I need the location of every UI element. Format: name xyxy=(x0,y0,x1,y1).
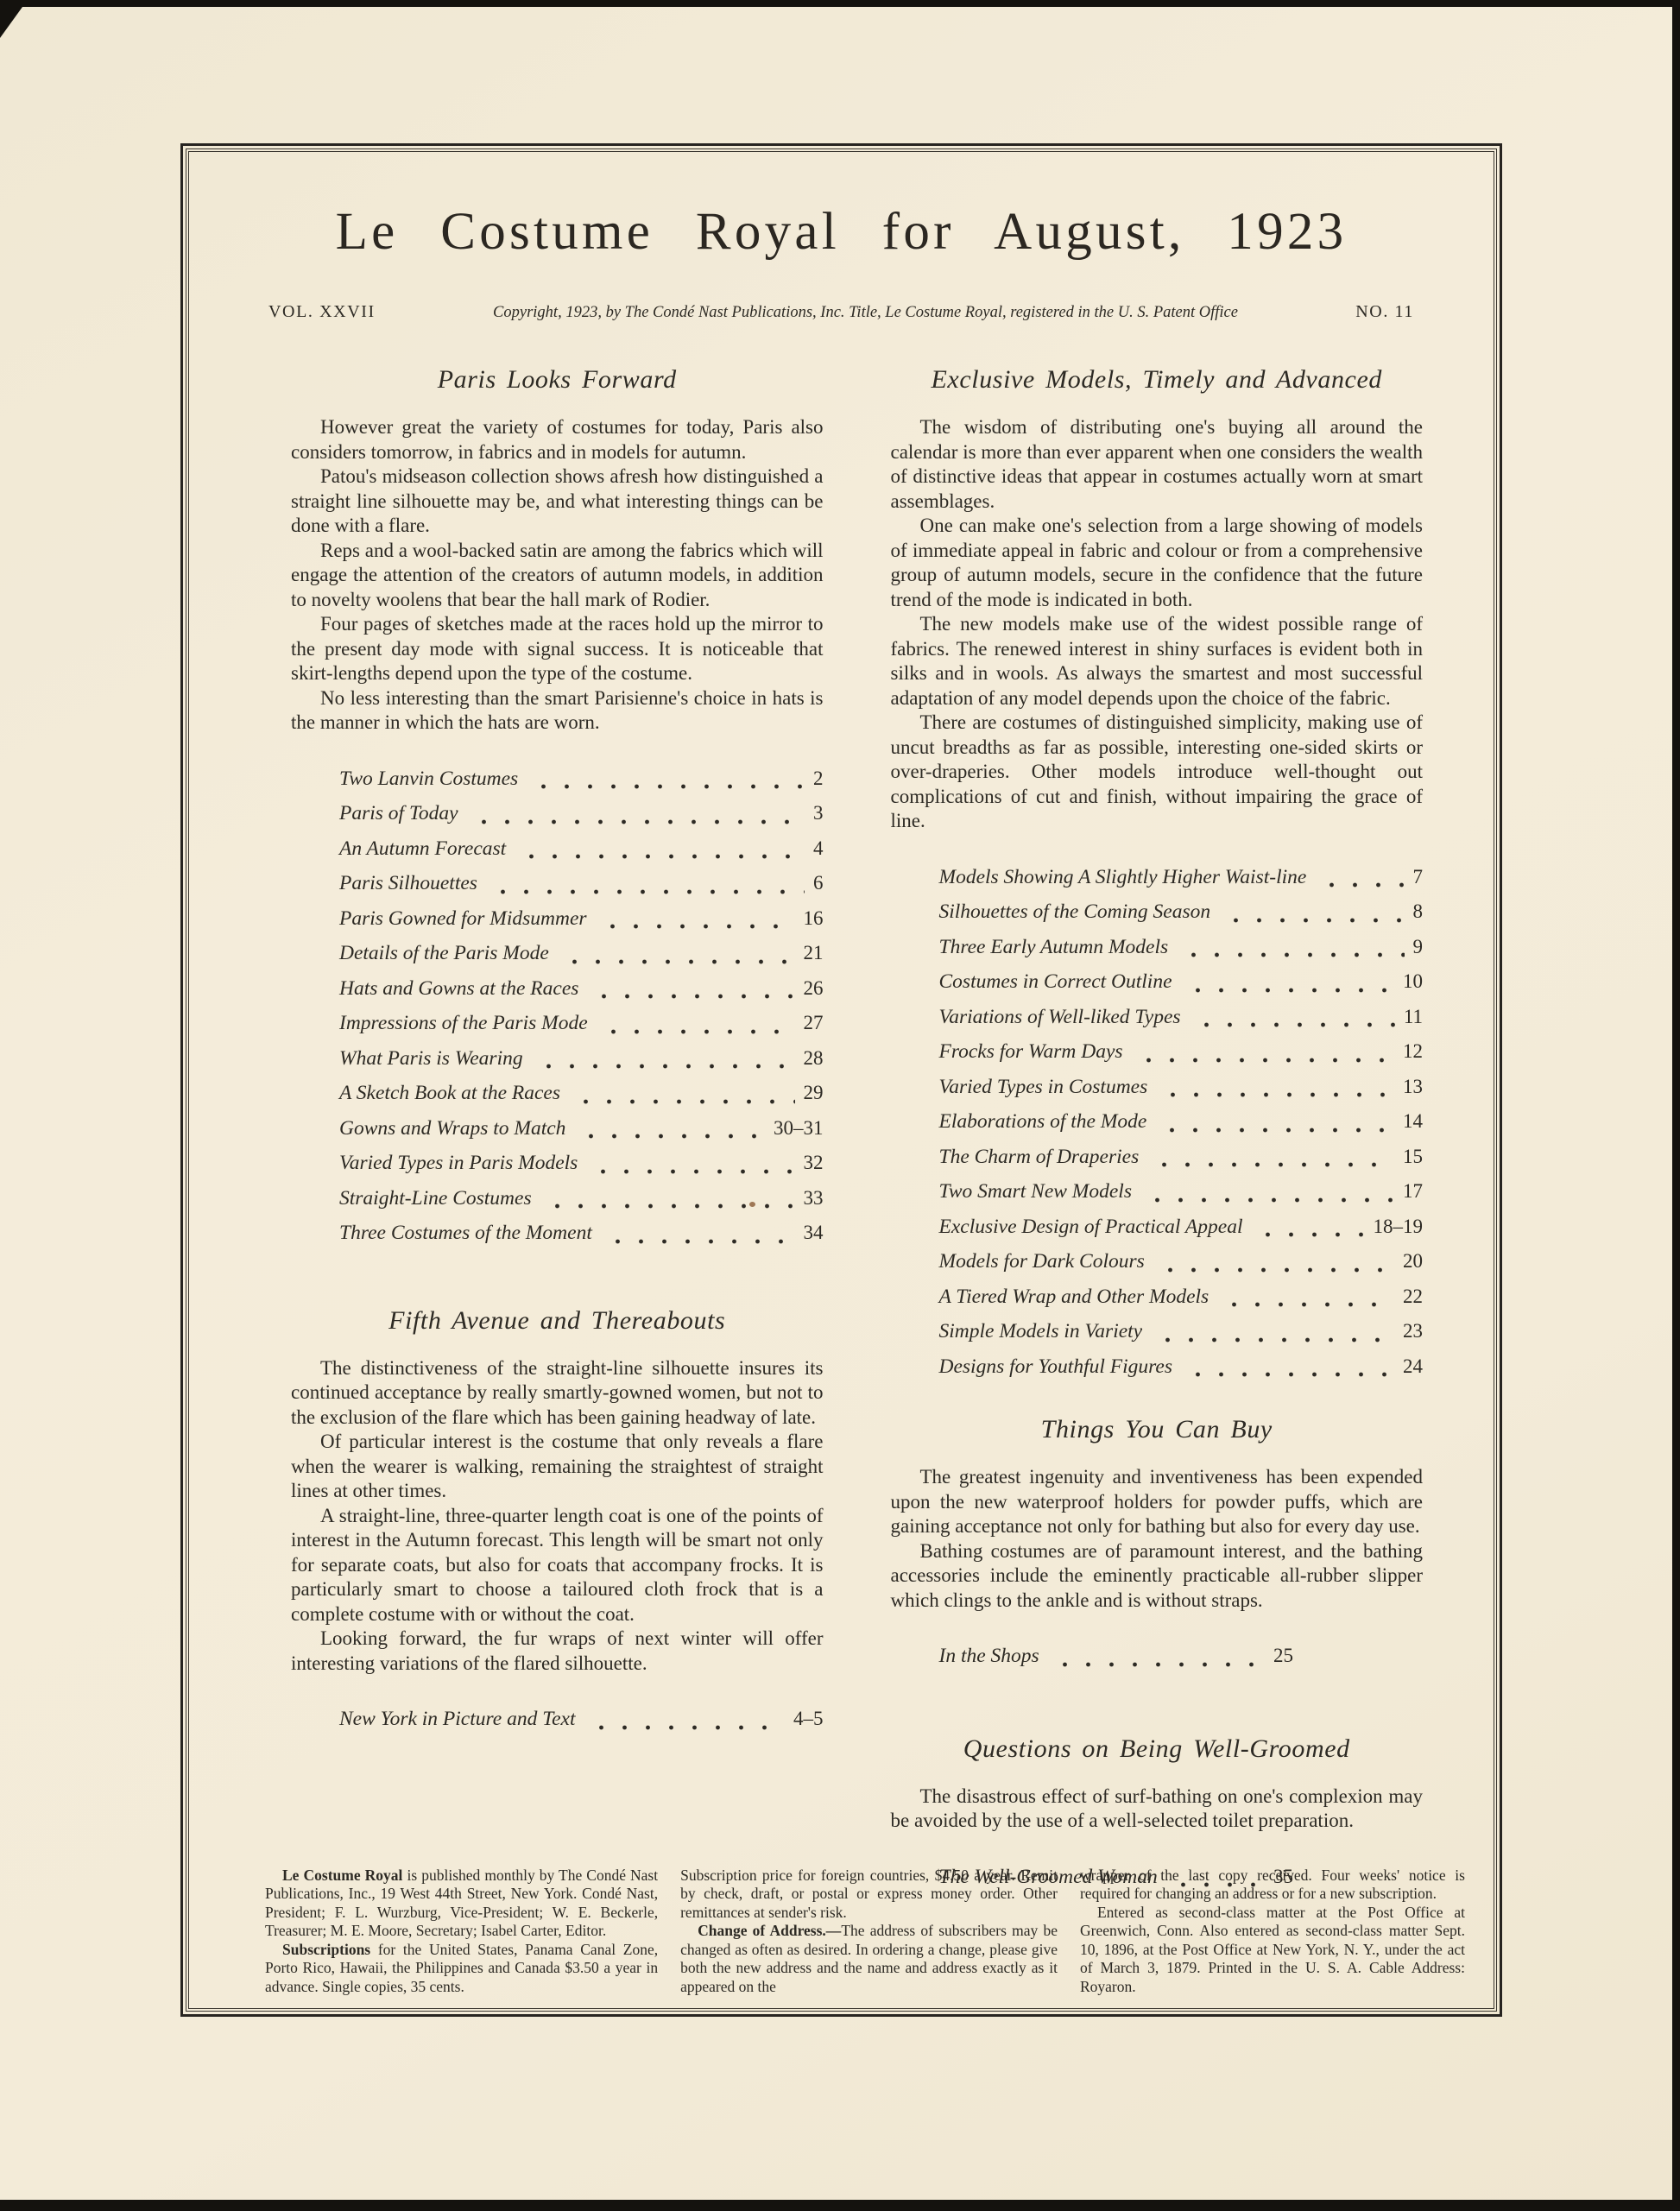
fineprint-paragraph: Entered as second-class matter at the Po… xyxy=(1080,1904,1465,1997)
toc-entry-title: Hats and Gowns at the Races xyxy=(339,971,578,1007)
fineprint-paragraph: Le Costume Royal is published monthly by… xyxy=(265,1867,658,1941)
ornamental-border-inner: Le Costume Royal for August, 1923 VOL. X… xyxy=(186,148,1497,2012)
toc-entry-title: Three Costumes of the Moment xyxy=(339,1216,592,1251)
toc-entry: Straight-Line Costumes33 xyxy=(339,1181,824,1216)
toc-entry-page: 16 xyxy=(804,901,824,937)
toc-entry: New York in Picture and Text4–5 xyxy=(339,1702,824,1737)
paragraph: The new models make use of the widest po… xyxy=(891,612,1424,711)
fineprint-paragraph: Subscriptions for the United States, Pan… xyxy=(265,1941,658,1997)
toc-entry-page: 22 xyxy=(1403,1279,1423,1315)
dot-leader xyxy=(518,831,805,867)
two-column-layout: Paris Looks Forward However great the va… xyxy=(189,365,1494,1894)
dot-leader xyxy=(588,1702,785,1737)
toc-entry-title: Variations of Well-liked Types xyxy=(939,1000,1181,1035)
toc-entry: What Paris is Wearing28 xyxy=(339,1041,824,1077)
toc-entry-title: A Tiered Wrap and Other Models xyxy=(939,1279,1209,1315)
dot-leader xyxy=(590,1146,794,1181)
toc-entry-page: 14 xyxy=(1403,1104,1423,1140)
toc-entry-title: Impressions of the Paris Mode xyxy=(339,1006,588,1041)
dot-leader xyxy=(1184,964,1394,1000)
paragraph: Patou's midseason collection shows afres… xyxy=(291,464,824,539)
toc-entry-title: Straight-Line Costumes xyxy=(339,1181,532,1216)
toc-entry-page: 9 xyxy=(1413,930,1424,965)
toc-entry-title: Varied Types in Paris Models xyxy=(339,1146,578,1181)
dot-leader xyxy=(1193,1000,1395,1035)
fineprint-paragraph: Change of Address.—The address of subscr… xyxy=(680,1922,1058,1996)
toc-entry-title: Silhouettes of the Coming Season xyxy=(939,894,1211,930)
toc-list-things: In the Shops25 xyxy=(939,1639,1294,1674)
dot-leader xyxy=(1159,1070,1394,1105)
fine-print-column-3: wrapper of the last copy received. Four … xyxy=(1080,1867,1465,1997)
scan-edge-shadow xyxy=(0,7,22,38)
toc-entry: Hats and Gowns at the Races26 xyxy=(339,971,824,1007)
fine-print-column-1: Le Costume Royal is published monthly by… xyxy=(265,1867,658,1997)
toc-entry-title: Two Smart New Models xyxy=(939,1174,1132,1210)
toc-entry-page: 34 xyxy=(804,1216,824,1251)
fineprint-lead: Change of Address.— xyxy=(698,1922,841,1939)
paragraph: The wisdom of distributing one's buying … xyxy=(891,415,1424,514)
dot-leader xyxy=(1180,930,1404,965)
left-column: Paris Looks Forward However great the va… xyxy=(291,365,824,1894)
toc-entry-title: Frocks for Warm Days xyxy=(939,1034,1123,1070)
dot-leader xyxy=(1157,1244,1394,1279)
toc-entry-title: Elaborations of the Mode xyxy=(939,1104,1147,1140)
page-title: Le Costume Royal for August, 1923 xyxy=(206,202,1476,262)
toc-entry-page: 26 xyxy=(804,971,824,1007)
toc-entry-page: 17 xyxy=(1403,1174,1423,1210)
dot-leader xyxy=(578,1111,765,1147)
paragraph: The disastrous effect of surf-bathing on… xyxy=(891,1785,1424,1834)
fineprint-text: wrapper of the last copy received. Four … xyxy=(1080,1867,1465,1903)
dot-leader xyxy=(1151,1140,1394,1175)
toc-entry: Two Smart New Models17 xyxy=(939,1174,1424,1210)
toc-entry-title: Paris of Today xyxy=(339,796,458,831)
fineprint-paragraph: Subscription price for foreign countries… xyxy=(680,1867,1058,1923)
toc-entry: Varied Types in Paris Models32 xyxy=(339,1146,824,1181)
toc-entry-title: Details of the Paris Mode xyxy=(339,936,549,971)
toc-entry-title: Gowns and Wraps to Match xyxy=(339,1111,565,1147)
toc-entry-page: 2 xyxy=(813,761,824,797)
page-content-area: Le Costume Royal for August, 1923 VOL. X… xyxy=(188,151,1494,2009)
dot-leader xyxy=(561,936,795,971)
dot-leader xyxy=(1222,894,1404,930)
toc-list-exclusive-models: Models Showing A Slightly Higher Waist-l… xyxy=(939,860,1424,1385)
toc-entry: Elaborations of the Mode14 xyxy=(939,1104,1424,1140)
dot-leader xyxy=(604,1216,795,1251)
toc-entry: Silhouettes of the Coming Season8 xyxy=(939,894,1424,930)
dot-leader xyxy=(1159,1104,1394,1140)
fine-print-column-2: Subscription price for foreign countries… xyxy=(680,1867,1058,1997)
toc-list-paris: Two Lanvin Costumes2 Paris of Today3 An … xyxy=(339,761,824,1251)
dot-leader xyxy=(1318,860,1404,895)
section-heading-well-groomed: Questions on Being Well-Groomed xyxy=(891,1734,1424,1764)
paragraph: Bathing costumes are of paramount intere… xyxy=(891,1539,1424,1614)
paragraph: Looking forward, the fur wraps of next w… xyxy=(291,1627,824,1676)
toc-entry-title: Exclusive Design of Practical Appeal xyxy=(939,1210,1243,1245)
toc-entry-page: 12 xyxy=(1403,1034,1423,1070)
dot-leader xyxy=(1184,1349,1394,1385)
toc-entry-page: 15 xyxy=(1403,1140,1423,1175)
volume-label: VOL. XXVII xyxy=(268,302,376,322)
toc-entry-page: 8 xyxy=(1413,894,1424,930)
toc-entry-page: 6 xyxy=(813,866,824,901)
toc-entry: Details of the Paris Mode21 xyxy=(339,936,824,971)
toc-entry: Three Costumes of the Moment34 xyxy=(339,1216,824,1251)
paragraph: A straight-line, three-quarter length co… xyxy=(291,1504,824,1627)
fineprint-lead: Subscriptions xyxy=(282,1941,370,1958)
fineprint-lead: Le Costume Royal xyxy=(282,1867,402,1884)
toc-entry: The Charm of Draperies15 xyxy=(939,1140,1424,1175)
toc-entry: Impressions of the Paris Mode27 xyxy=(339,1006,824,1041)
toc-entry-page: 24 xyxy=(1403,1349,1423,1385)
toc-entry-page: 23 xyxy=(1403,1314,1423,1349)
fineprint-text: Entered as second-class matter at the Po… xyxy=(1080,1904,1465,1995)
section-heading-exclusive-models: Exclusive Models, Timely and Advanced xyxy=(891,365,1424,395)
toc-entry-page: 25 xyxy=(1273,1639,1293,1674)
toc-entry: Costumes in Correct Outline10 xyxy=(939,964,1424,1000)
toc-entry: In the Shops25 xyxy=(939,1639,1294,1674)
toc-entry-page: 18–19 xyxy=(1374,1210,1424,1245)
dot-leader xyxy=(530,761,805,797)
scanned-magazine-page: Le Costume Royal for August, 1923 VOL. X… xyxy=(0,0,1680,2211)
toc-entry-title: Paris Silhouettes xyxy=(339,866,477,901)
toc-entry-page: 33 xyxy=(804,1181,824,1216)
toc-entry-page: 3 xyxy=(813,796,824,831)
toc-entry: Paris Gowned for Midsummer16 xyxy=(339,901,824,937)
toc-entry-page: 10 xyxy=(1403,964,1423,1000)
toc-entry-title: Three Early Autumn Models xyxy=(939,930,1169,965)
toc-entry: Gowns and Wraps to Match30–31 xyxy=(339,1111,824,1147)
dot-leader xyxy=(535,1041,795,1077)
toc-entry-title: What Paris is Wearing xyxy=(339,1041,523,1077)
toc-entry-title: Models Showing A Slightly Higher Waist-l… xyxy=(939,860,1307,895)
dot-leader xyxy=(1135,1034,1394,1070)
dot-leader xyxy=(591,971,794,1007)
toc-entry: Two Lanvin Costumes2 xyxy=(339,761,824,797)
toc-entry: Simple Models in Variety23 xyxy=(939,1314,1424,1349)
toc-entry-page: 32 xyxy=(804,1146,824,1181)
toc-entry-title: Simple Models in Variety xyxy=(939,1314,1143,1349)
dot-leader xyxy=(600,1006,795,1041)
toc-entry-title: The Charm of Draperies xyxy=(939,1140,1140,1175)
toc-entry-title: Paris Gowned for Midsummer xyxy=(339,901,587,937)
toc-entry-title: Models for Dark Colours xyxy=(939,1244,1145,1279)
toc-entry: Designs for Youthful Figures24 xyxy=(939,1349,1424,1385)
toc-entry-title: Costumes in Correct Outline xyxy=(939,964,1172,1000)
paragraph: The greatest ingenuity and inventiveness… xyxy=(891,1465,1424,1539)
issue-number-label: NO. 11 xyxy=(1355,302,1414,322)
toc-entry: Variations of Well-liked Types11 xyxy=(939,1000,1424,1035)
dot-leader xyxy=(1144,1174,1394,1210)
toc-entry-page: 29 xyxy=(804,1076,824,1111)
paragraph: There are costumes of distinguished simp… xyxy=(891,711,1424,834)
toc-entry: Varied Types in Costumes13 xyxy=(939,1070,1424,1105)
dot-leader xyxy=(572,1076,794,1111)
publisher-fine-print: Le Costume Royal is published monthly by… xyxy=(265,1867,1465,1997)
paragraph: The distinctiveness of the straight-line… xyxy=(291,1356,824,1431)
dot-leader xyxy=(1254,1210,1364,1245)
paragraph: Reps and a wool-backed satin are among t… xyxy=(291,539,824,613)
toc-entry-title: Two Lanvin Costumes xyxy=(339,761,518,797)
fineprint-text: Subscription price for foreign countries… xyxy=(680,1867,1058,1921)
dot-leader xyxy=(471,796,805,831)
masthead-row: VOL. XXVII Copyright, 1923, by The Condé… xyxy=(189,302,1494,322)
dot-leader xyxy=(1154,1314,1394,1349)
paragraph: No less interesting than the smart Paris… xyxy=(291,686,824,736)
toc-entry-page: 4–5 xyxy=(793,1702,824,1737)
dot-leader xyxy=(544,1181,795,1216)
toc-entry-page: 21 xyxy=(804,936,824,971)
paragraph: Of particular interest is the costume th… xyxy=(291,1430,824,1504)
toc-entry: Exclusive Design of Practical Appeal18–1… xyxy=(939,1210,1424,1245)
toc-entry-page: 11 xyxy=(1404,1000,1423,1035)
toc-entry: Three Early Autumn Models9 xyxy=(939,930,1424,965)
paragraph: However great the variety of costumes fo… xyxy=(291,415,824,464)
toc-entry: A Tiered Wrap and Other Models22 xyxy=(939,1279,1424,1315)
toc-list-fifth-avenue: New York in Picture and Text4–5 xyxy=(339,1702,824,1737)
toc-entry: An Autumn Forecast4 xyxy=(339,831,824,867)
toc-entry-page: 27 xyxy=(804,1006,824,1041)
toc-entry-title: Designs for Youthful Figures xyxy=(939,1349,1173,1385)
copyright-line: Copyright, 1923, by The Condé Nast Publi… xyxy=(376,304,1355,322)
toc-entry-title: Varied Types in Costumes xyxy=(939,1070,1148,1105)
toc-entry-page: 30–31 xyxy=(774,1111,824,1147)
toc-entry: A Sketch Book at the Races29 xyxy=(339,1076,824,1111)
toc-entry-page: 13 xyxy=(1403,1070,1423,1105)
toc-entry-title: An Autumn Forecast xyxy=(339,831,506,867)
toc-entry-title: New York in Picture and Text xyxy=(339,1702,576,1737)
toc-entry: Frocks for Warm Days12 xyxy=(939,1034,1424,1070)
right-column: Exclusive Models, Timely and Advanced Th… xyxy=(891,365,1424,1894)
toc-entry: Models for Dark Colours20 xyxy=(939,1244,1424,1279)
toc-entry: Paris of Today3 xyxy=(339,796,824,831)
paper-sheet: Le Costume Royal for August, 1923 VOL. X… xyxy=(0,7,1672,2200)
toc-entry-page: 28 xyxy=(804,1041,824,1077)
dot-leader xyxy=(599,901,795,937)
paragraph: One can make one's selection from a larg… xyxy=(891,514,1424,612)
toc-entry: Paris Silhouettes6 xyxy=(339,866,824,901)
toc-entry-page: 4 xyxy=(813,831,824,867)
ornamental-border: Le Costume Royal for August, 1923 VOL. X… xyxy=(180,143,1502,2017)
toc-entry-page: 20 xyxy=(1403,1244,1423,1279)
fineprint-paragraph: wrapper of the last copy received. Four … xyxy=(1080,1867,1465,1904)
paragraph: Four pages of sketches made at the races… xyxy=(291,612,824,686)
toc-entry: Models Showing A Slightly Higher Waist-l… xyxy=(939,860,1424,895)
toc-entry-title: In the Shops xyxy=(939,1639,1039,1674)
dot-leader xyxy=(1221,1279,1394,1315)
toc-entry-page: 7 xyxy=(1413,860,1424,895)
section-heading-fifth-avenue: Fifth Avenue and Thereabouts xyxy=(291,1306,824,1336)
dot-leader xyxy=(489,866,805,901)
section-heading-paris-looks-forward: Paris Looks Forward xyxy=(291,365,824,395)
toc-entry-title: A Sketch Book at the Races xyxy=(339,1076,560,1111)
dot-leader xyxy=(1052,1639,1265,1674)
section-heading-things-you-can-buy: Things You Can Buy xyxy=(891,1415,1424,1444)
